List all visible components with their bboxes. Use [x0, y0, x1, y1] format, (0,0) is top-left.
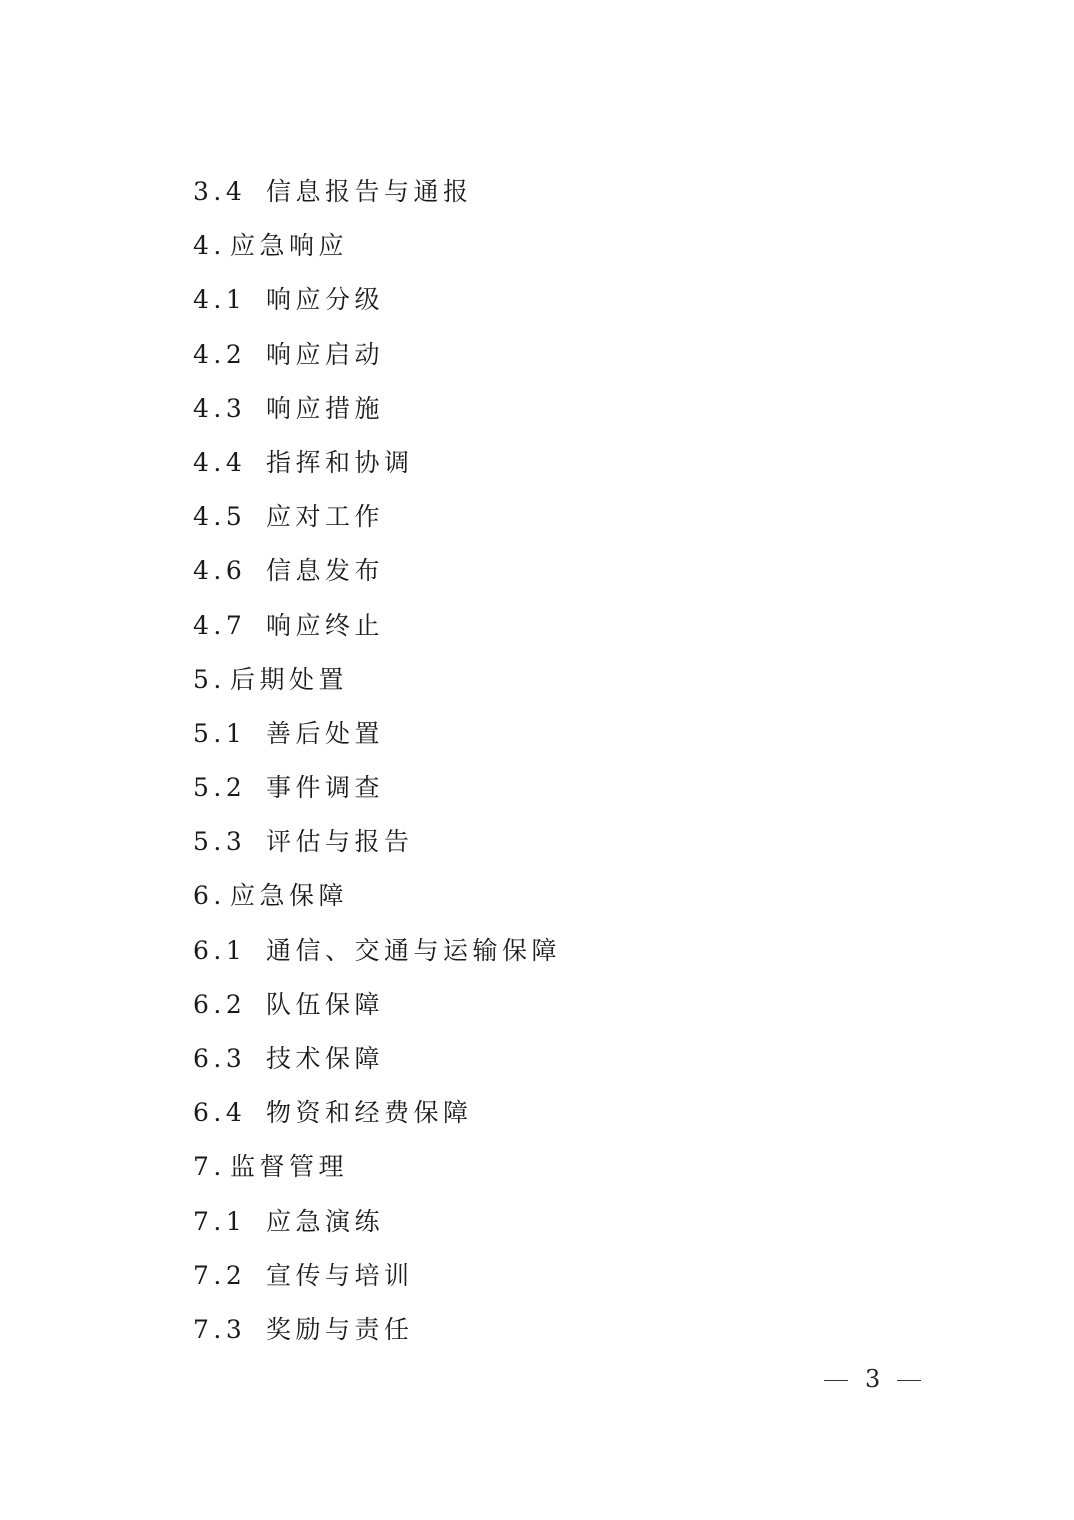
toc-entry: 4.7响应终止: [193, 604, 561, 658]
toc-number: 4.: [193, 224, 230, 268]
toc-number: 4.7: [193, 604, 266, 648]
toc-heading: 7.监督管理: [193, 1145, 561, 1199]
toc-title: 应急演练: [266, 1207, 384, 1236]
toc-entry: 4.4指挥和协调: [193, 441, 561, 495]
toc-entry: 4.2响应启动: [193, 333, 561, 387]
toc-entry: 4.6信息发布: [193, 549, 561, 603]
toc-number: 4.2: [193, 333, 266, 377]
toc-entry: 6.2队伍保障: [193, 983, 561, 1037]
toc-entry: 3.4信息报告与通报: [193, 170, 561, 224]
toc-number: 4.5: [193, 495, 266, 539]
toc-entry: 4.5应对工作: [193, 495, 561, 549]
toc-number: 5.3: [193, 820, 266, 864]
page-footer: 3: [824, 1365, 921, 1393]
toc-heading: 4.应急响应: [193, 224, 561, 278]
toc-title: 响应分级: [266, 285, 384, 314]
toc-entry: 4.3响应措施: [193, 387, 561, 441]
toc-entry: 5.2事件调查: [193, 766, 561, 820]
toc-title: 评估与报告: [266, 827, 414, 856]
toc-title: 应急响应: [230, 231, 348, 260]
toc-number: 5.1: [193, 712, 266, 756]
toc-title: 事件调查: [266, 773, 384, 802]
toc-title: 队伍保障: [266, 990, 384, 1019]
toc-entry: 6.3技术保障: [193, 1037, 561, 1091]
toc-number: 6.4: [193, 1091, 266, 1135]
toc-title: 信息发布: [266, 556, 384, 585]
toc-number: 6.3: [193, 1037, 266, 1081]
toc-entry: 6.4物资和经费保障: [193, 1091, 561, 1145]
toc-title: 宣传与培训: [266, 1261, 414, 1290]
toc-number: 6.: [193, 874, 230, 918]
dash-right: [897, 1380, 921, 1381]
toc-title: 指挥和协调: [266, 448, 414, 477]
toc-number: 4.1: [193, 278, 266, 322]
toc-title: 技术保障: [266, 1044, 384, 1073]
toc-number: 7.2: [193, 1254, 266, 1298]
toc-number: 5.: [193, 658, 230, 702]
toc-entry: 4.1响应分级: [193, 278, 561, 332]
toc-title: 善后处置: [266, 719, 384, 748]
toc-number: 6.2: [193, 983, 266, 1027]
toc-number: 4.6: [193, 549, 266, 593]
toc-title: 奖励与责任: [266, 1315, 414, 1344]
toc-title: 信息报告与通报: [266, 177, 473, 206]
toc-title: 响应启动: [266, 340, 384, 369]
toc-title: 应对工作: [266, 502, 384, 531]
table-of-contents: 3.4信息报告与通报 4.应急响应 4.1响应分级 4.2响应启动 4.3响应措…: [193, 170, 561, 1362]
toc-title: 应急保障: [230, 881, 348, 910]
toc-number: 6.1: [193, 929, 266, 973]
toc-title: 响应措施: [266, 394, 384, 423]
toc-number: 7.3: [193, 1308, 266, 1352]
toc-entry: 5.3评估与报告: [193, 820, 561, 874]
toc-number: 7.1: [193, 1200, 266, 1244]
toc-title: 后期处置: [230, 665, 348, 694]
page-number: 3: [865, 1365, 880, 1393]
toc-number: 4.3: [193, 387, 266, 431]
toc-entry: 7.1应急演练: [193, 1200, 561, 1254]
toc-heading: 6.应急保障: [193, 874, 561, 928]
toc-entry: 7.3奖励与责任: [193, 1308, 561, 1362]
toc-title: 监督管理: [230, 1152, 348, 1181]
toc-entry: 5.1善后处置: [193, 712, 561, 766]
dash-left: [824, 1380, 848, 1381]
toc-title: 通信、交通与运输保障: [266, 936, 561, 965]
toc-number: 3.4: [193, 170, 266, 214]
toc-number: 4.4: [193, 441, 266, 485]
toc-title: 物资和经费保障: [266, 1098, 473, 1127]
toc-entry: 7.2宣传与培训: [193, 1254, 561, 1308]
toc-heading: 5.后期处置: [193, 658, 561, 712]
toc-number: 7.: [193, 1145, 230, 1189]
toc-title: 响应终止: [266, 611, 384, 640]
toc-number: 5.2: [193, 766, 266, 810]
toc-entry: 6.1通信、交通与运输保障: [193, 929, 561, 983]
